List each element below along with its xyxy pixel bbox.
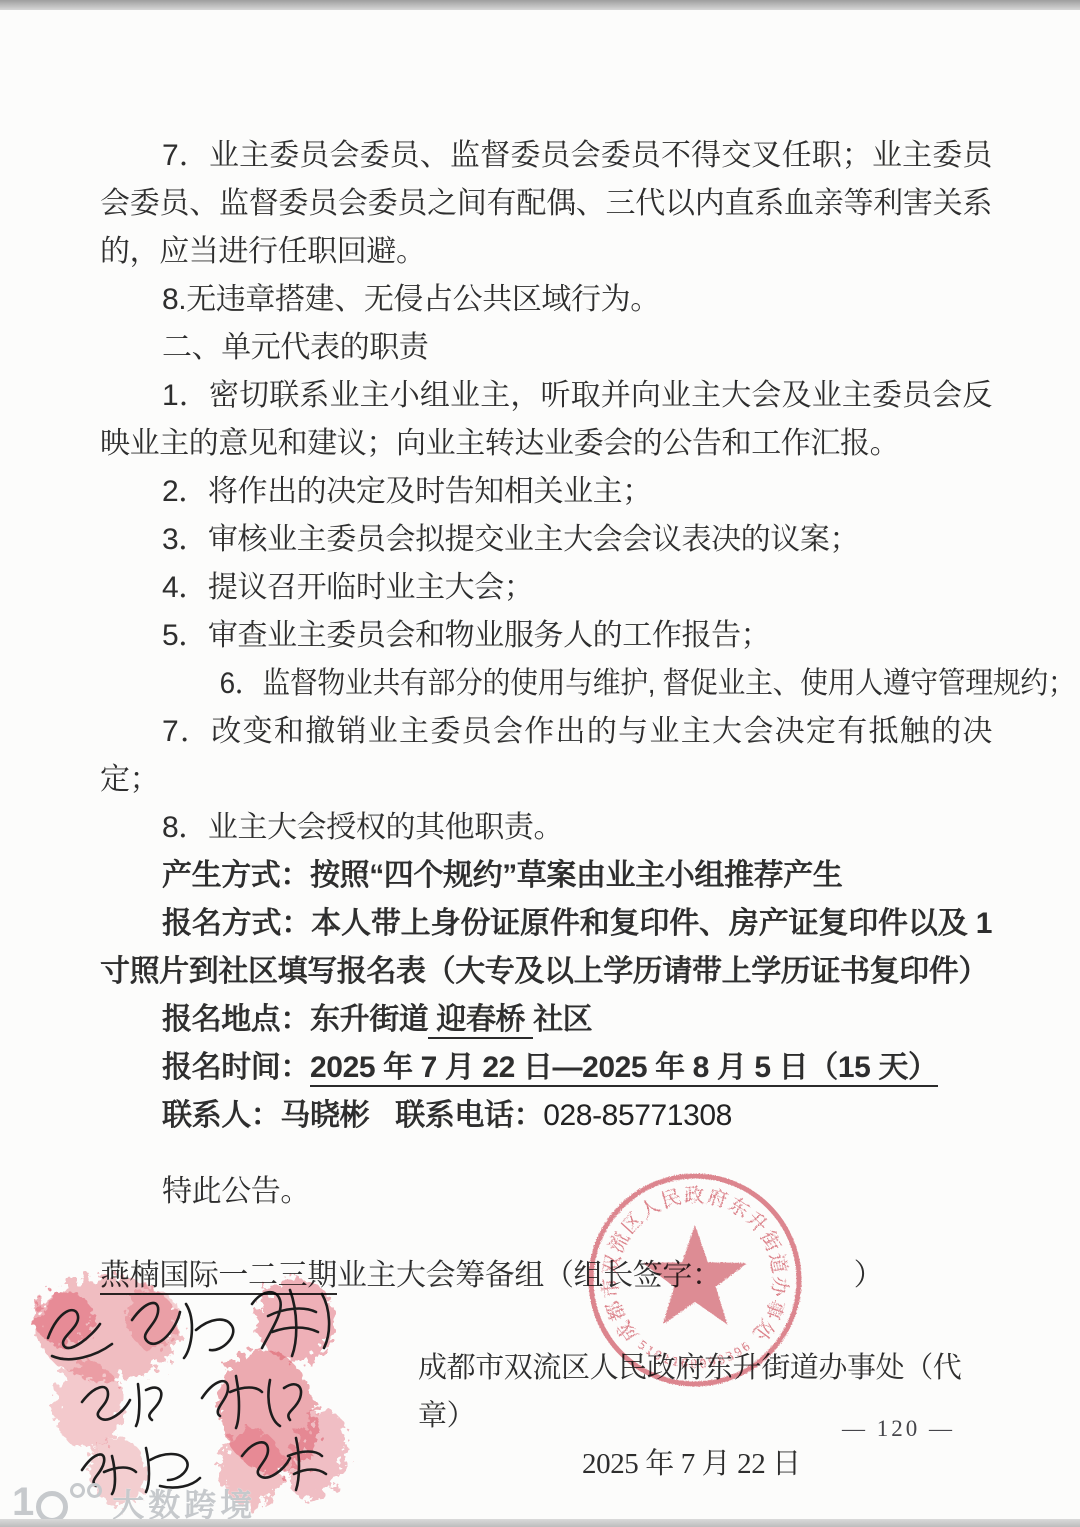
registration-time-line: 报名时间：2025 年 7 月 22 日—2025 年 8 月 5 日（15 天… xyxy=(100,1044,992,1092)
clause-no-illegal-structures: 8.无违章搭建、无侵占公共区域行为。 xyxy=(100,276,992,324)
registration-time-label: 报名时间： xyxy=(162,1051,310,1084)
contact-phone-label: 联系电话： xyxy=(395,1099,543,1132)
registration-location-community-underlined: 迎春桥 xyxy=(428,1003,533,1039)
duty-item-6-text: 6．监督物业共有部分的使用与维护, 督促业主、使用人遵守管理规约； xyxy=(162,660,1075,708)
duty-item-4: 4．提议召开临时业主大会； xyxy=(100,564,992,612)
dashu-kuajing-logo-icon: 1 xyxy=(12,1483,102,1523)
duty-item-8: 8．业主大会授权的其他职责。 xyxy=(100,804,992,852)
section-heading-unit-rep-duties: 二、单元代表的职责 xyxy=(100,324,992,372)
registration-location-street: 东升街道 xyxy=(310,1003,428,1036)
duty-item-2: 2．将作出的决定及时告知相关业主； xyxy=(100,468,992,516)
scan-edge-bottom xyxy=(0,1519,1080,1527)
registration-location-line: 报名地点：东升街道 迎春桥 社区 xyxy=(100,996,992,1044)
page-number: — 120 — xyxy=(842,1416,955,1442)
seal-serial-number: 5101160098396 xyxy=(635,1338,755,1371)
red-fingerprint-blobs xyxy=(34,1276,357,1508)
registration-time-range-underlined: 2025 年 7 月 22 日—2025 年 8 月 5 日（15 天） xyxy=(310,1051,938,1087)
duty-item-7: 7．改变和撤销业主委员会作出的与业主大会决定有抵触的决定； xyxy=(100,708,992,804)
duty-item-3: 3．审核业主委员会拟提交业主大会会议表决的议案； xyxy=(100,516,992,564)
logo-digit: 1 xyxy=(12,1483,34,1521)
duty-item-1: 1．密切联系业主小组业主，听取并向业主大会及业主委员会反映业主的意见和建议；向业… xyxy=(100,372,992,468)
logo-small-circle-icon xyxy=(87,1483,102,1498)
contact-person-label: 联系人： xyxy=(162,1099,280,1132)
scan-edge-top xyxy=(0,0,1080,10)
contact-person-name: 马晓彬 xyxy=(280,1099,369,1132)
registration-method-line: 报名方式：本人带上身份证原件和复印件、房产证复印件以及 1 寸照片到社区填写报名… xyxy=(100,900,992,996)
clause-no-cross-appointment: 7．业主委员会委员、监督委员会委员不得交叉任职；业主委员会委员、监督委员会委员之… xyxy=(100,132,992,276)
scanned-notice-page: 7．业主委员会委员、监督委员会委员不得交叉任职；业主委员会委员、监督委员会委员之… xyxy=(0,0,1080,1527)
logo-small-circle-icon xyxy=(70,1483,85,1498)
seal-star-icon xyxy=(643,1225,748,1325)
duty-item-5: 5．审查业主委员会和物业服务人的工作报告； xyxy=(100,612,992,660)
registration-location-suffix: 社区 xyxy=(533,1003,592,1036)
registration-location-label: 报名地点： xyxy=(162,1003,310,1036)
prep-group-close-paren: ） xyxy=(854,1259,884,1292)
generation-method-line: 产生方式：按照“四个规约”草案由业主小组推荐产生 xyxy=(100,852,992,900)
svg-text:5101160098396: 5101160098396 xyxy=(635,1338,755,1371)
official-red-seal: 成都市双流区人民政府东升街道办事处 5101160098396 xyxy=(545,1130,845,1430)
contact-phone-number: 028-85771308 xyxy=(543,1099,732,1132)
duty-item-6: 6．监督物业共有部分的使用与维护, 督促业主、使用人遵守管理规约； xyxy=(100,660,992,708)
